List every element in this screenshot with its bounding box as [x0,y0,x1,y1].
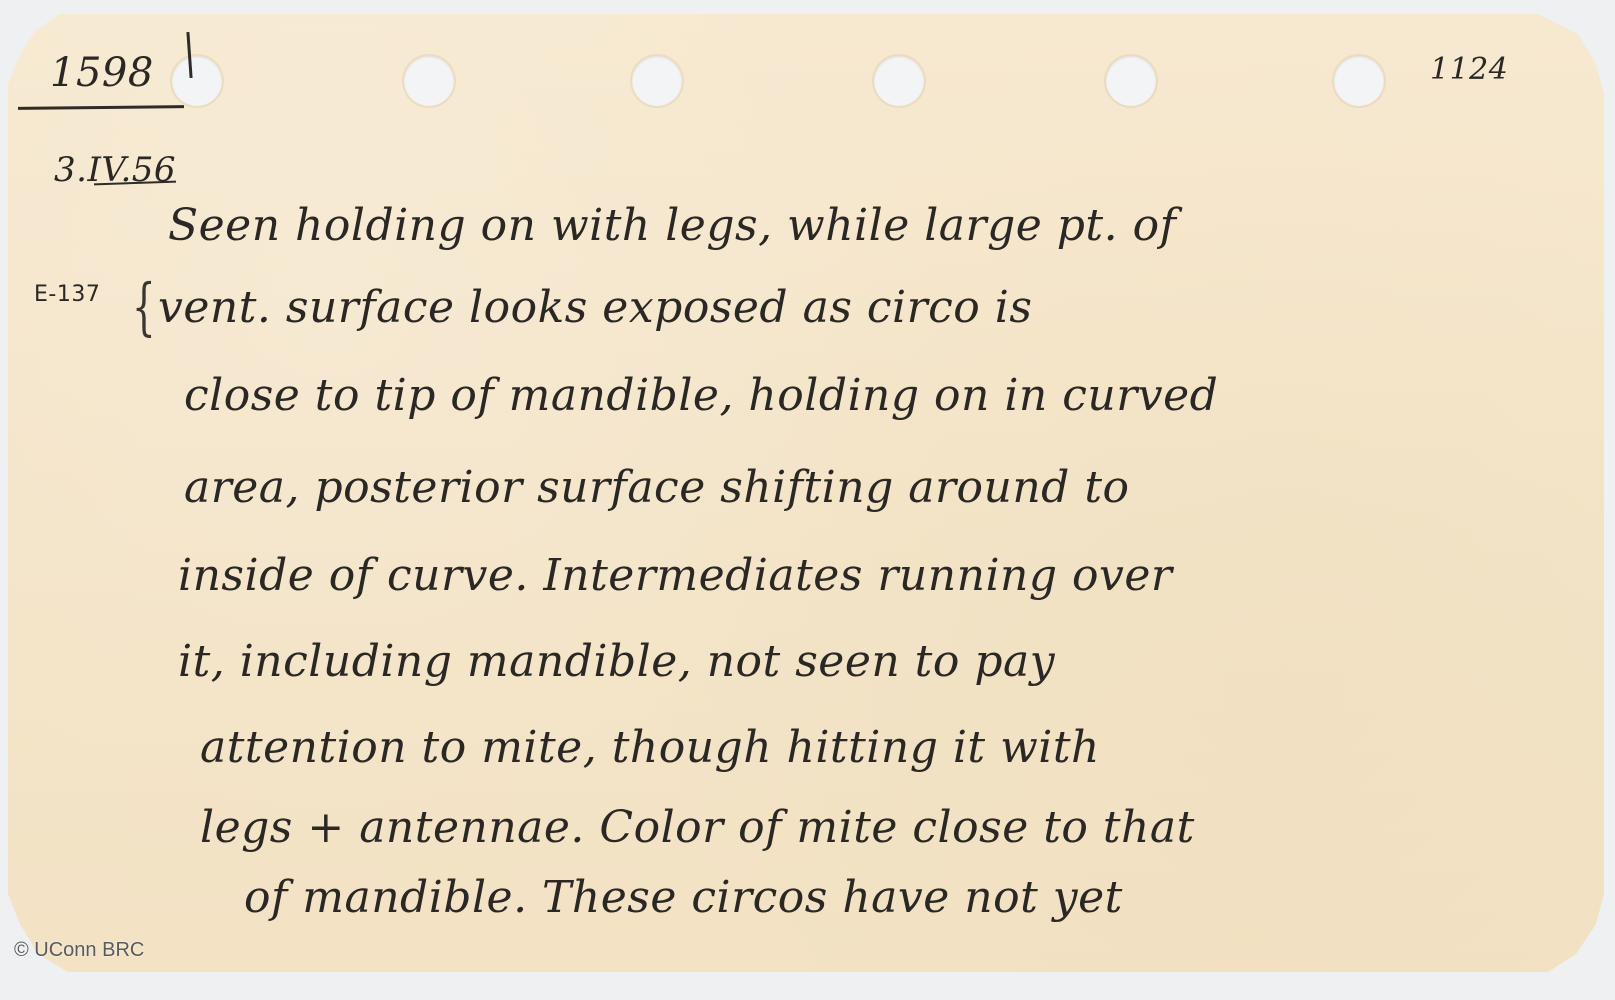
scan-viewer: 1598 1124 3.IV.56 E-137 { Seen holding o… [0,0,1615,1000]
note-line: area, posterior surface shifting around … [184,466,1130,510]
punch-hole [1334,56,1384,106]
note-line: Seen holding on with legs, while large p… [168,204,1176,248]
note-line: of mandible. These circos have not yet [244,876,1123,920]
note-line: inside of curve. Intermediates running o… [178,554,1172,598]
punch-hole [1106,56,1156,106]
corner-rule-horizontal [18,105,184,110]
copyright-watermark: © UConn BRC [14,939,144,962]
punch-hole [404,56,454,106]
margin-reference: E-137 [34,282,100,307]
punch-hole [172,56,222,106]
punch-hole [874,56,924,106]
note-line: vent. surface looks exposed as circo is [158,286,1032,330]
note-line: attention to mite, though hitting it wit… [200,726,1100,770]
card-number: 1598 [50,50,154,96]
brace-icon: { [132,270,156,343]
index-card: 1598 1124 3.IV.56 E-137 { Seen holding o… [8,14,1604,972]
punch-hole [632,56,682,106]
page-number: 1124 [1430,52,1508,87]
note-line: close to tip of mandible, holding on in … [184,374,1218,418]
note-line: it, including mandible, not seen to pay [178,640,1055,684]
note-line: legs + antennae. Color of mite close to … [200,806,1195,850]
